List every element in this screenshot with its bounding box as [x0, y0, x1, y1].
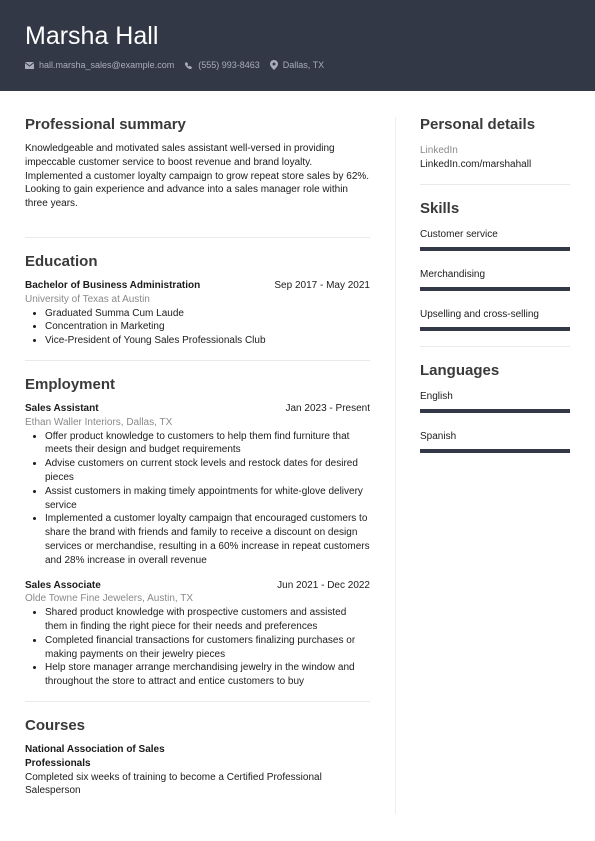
languages-list: EnglishSpanish — [420, 390, 570, 453]
section-title: Employment — [25, 376, 370, 394]
linkedin-value[interactable]: LinkedIn.com/marshahall — [420, 158, 570, 172]
main-column: Professional summary Knowledgeable and m… — [25, 116, 370, 798]
employment-entry: Sales Assistant Jan 2023 - Present Ethan… — [25, 402, 370, 568]
rated-item: Spanish — [420, 430, 570, 453]
level-bar-fill — [420, 247, 570, 251]
courses-section: Courses National Association of Sales Pr… — [25, 717, 370, 798]
list-item: Graduated Summa Cum Laude — [45, 307, 370, 321]
company: Olde Towne Fine Jewelers, Austin, TX — [25, 592, 370, 606]
employment-entry: Sales Associate Jun 2021 - Dec 2022 Olde… — [25, 579, 370, 689]
job-title: Sales Associate — [25, 579, 101, 593]
summary-section: Professional summary Knowledgeable and m… — [25, 116, 370, 211]
summary-text: Knowledgeable and motivated sales assist… — [25, 142, 370, 211]
job-dates: Jan 2023 - Present — [286, 402, 371, 416]
rated-item-name: Upselling and cross-selling — [420, 308, 570, 321]
education-entry: Bachelor of Business Administration Sep … — [25, 279, 370, 348]
section-title: Languages — [420, 362, 570, 380]
phone-icon — [184, 61, 193, 70]
envelope-icon — [25, 62, 34, 69]
level-bar-fill — [420, 449, 570, 453]
section-divider — [420, 184, 570, 185]
job-title: Sales Assistant — [25, 402, 99, 416]
course-name: National Association of Sales Profession… — [25, 743, 185, 771]
section-divider — [25, 237, 370, 238]
rated-item-name: Customer service — [420, 228, 570, 241]
level-bar-fill — [420, 409, 570, 413]
skills-section: Skills Customer serviceMerchandisingUpse… — [420, 200, 570, 331]
location-text: Dallas, TX — [283, 60, 324, 70]
list-item: Completed financial transactions for cus… — [45, 634, 370, 662]
school: University of Texas at Austin — [25, 293, 370, 307]
list-item: Implemented a customer loyalty campaign … — [45, 512, 370, 567]
list-item: Concentration in Marketing — [45, 320, 370, 334]
personal-details-section: Personal details LinkedIn LinkedIn.com/m… — [420, 116, 570, 172]
education-section: Education Bachelor of Business Administr… — [25, 253, 370, 348]
degree: Bachelor of Business Administration — [25, 279, 200, 293]
map-pin-icon — [270, 60, 278, 70]
candidate-name: Marsha Hall — [25, 20, 158, 52]
side-column: Personal details LinkedIn LinkedIn.com/m… — [420, 116, 570, 453]
level-bar-fill — [420, 287, 570, 291]
rated-item: English — [420, 390, 570, 413]
education-dates: Sep 2017 - May 2021 — [274, 279, 370, 293]
rated-item: Merchandising — [420, 268, 570, 291]
contact-location: Dallas, TX — [270, 60, 324, 70]
phone-text: (555) 993-8463 — [198, 60, 260, 70]
employment-section: Employment Sales Assistant Jan 2023 - Pr… — [25, 376, 370, 689]
contact-phone: (555) 993-8463 — [184, 60, 260, 70]
level-bar — [420, 287, 570, 291]
linkedin-label: LinkedIn — [420, 144, 570, 158]
contact-info: hall.marsha_sales@example.com (555) 993-… — [25, 59, 334, 71]
rated-item-name: English — [420, 390, 570, 403]
job-dates: Jun 2021 - Dec 2022 — [277, 579, 370, 593]
level-bar-fill — [420, 327, 570, 331]
job-bullets: Shared product knowledge with prospectiv… — [25, 606, 370, 689]
level-bar — [420, 449, 570, 453]
rated-item: Customer service — [420, 228, 570, 251]
section-divider — [25, 701, 370, 702]
level-bar — [420, 247, 570, 251]
contact-email: hall.marsha_sales@example.com — [25, 60, 174, 70]
section-title: Education — [25, 253, 370, 271]
list-item: Help store manager arrange merchandising… — [45, 661, 370, 689]
list-item: Offer product knowledge to customers to … — [45, 430, 370, 458]
company: Ethan Waller Interiors, Dallas, TX — [25, 416, 370, 430]
section-title: Professional summary — [25, 116, 370, 134]
skills-list: Customer serviceMerchandisingUpselling a… — [420, 228, 570, 331]
section-title: Personal details — [420, 116, 570, 134]
email-text[interactable]: hall.marsha_sales@example.com — [39, 60, 174, 70]
column-divider — [395, 117, 396, 814]
section-divider — [25, 360, 370, 361]
list-item: Advise customers on current stock levels… — [45, 457, 370, 485]
rated-item-name: Spanish — [420, 430, 570, 443]
resume-header: Marsha Hall hall.marsha_sales@example.co… — [0, 0, 595, 91]
list-item: Vice-President of Young Sales Profession… — [45, 334, 370, 348]
education-bullets: Graduated Summa Cum Laude Concentration … — [25, 307, 370, 348]
level-bar — [420, 409, 570, 413]
section-title: Skills — [420, 200, 570, 218]
rated-item: Upselling and cross-selling — [420, 308, 570, 331]
section-title: Courses — [25, 717, 370, 735]
section-divider — [420, 346, 570, 347]
job-bullets: Offer product knowledge to customers to … — [25, 430, 370, 568]
list-item: Shared product knowledge with prospectiv… — [45, 606, 370, 634]
level-bar — [420, 327, 570, 331]
rated-item-name: Merchandising — [420, 268, 570, 281]
course-description: Completed six weeks of training to becom… — [25, 771, 335, 799]
languages-section: Languages EnglishSpanish — [420, 362, 570, 453]
list-item: Assist customers in making timely appoin… — [45, 485, 370, 513]
